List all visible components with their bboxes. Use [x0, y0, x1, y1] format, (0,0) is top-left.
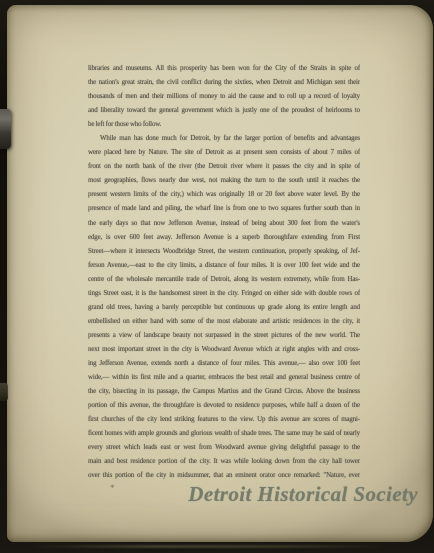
- book-page: libraries and museums. All this prosperi…: [7, 5, 433, 542]
- text-line: present western limits of the city,) whi…: [88, 188, 360, 202]
- text-line: edge, is over 600 feet away. Jefferson A…: [88, 231, 360, 245]
- text-line: the early days so that now Jefferson Ave…: [88, 217, 360, 231]
- text-line: tings Street east, it is the handsomest …: [88, 287, 360, 301]
- text-line: every street which leads east or west fr…: [88, 441, 360, 455]
- text-line: presents a view of landscape beauty not …: [88, 329, 360, 343]
- text-line: main and best residence portion of the c…: [88, 455, 360, 469]
- text-line: embellished on either hand with some of …: [88, 315, 360, 329]
- binding-clip: [0, 109, 11, 149]
- text-line: ing Jefferson Avenue, extends north a di…: [88, 357, 360, 371]
- text-line: next most important street in the city i…: [88, 343, 360, 357]
- binding-clip-small: [0, 383, 8, 401]
- book-edge-highlight: [30, 545, 390, 548]
- text-line: libraries and museums. All this prosperi…: [88, 62, 360, 76]
- text-line: most geographies, flows nearly due west,…: [88, 174, 360, 188]
- text-line: and liberality toward the general govern…: [88, 104, 360, 118]
- pencil-mark: *: [110, 483, 115, 493]
- text-line: presence of made land and piling, the wh…: [88, 202, 360, 216]
- text-line: wide,— within its first mile and a quart…: [88, 371, 360, 385]
- text-line: the city, bisecting in its passage, the …: [88, 385, 360, 399]
- text-line: ficent homes with ample grounds and glor…: [88, 427, 360, 441]
- text-line: Street—where it intersects Woodbridge St…: [88, 245, 360, 259]
- text-line: portion of this avenue, the throughfare …: [88, 399, 360, 413]
- page-text: libraries and museums. All this prosperi…: [88, 62, 360, 483]
- text-line: grand old trees, having a barely percept…: [88, 301, 360, 315]
- photo-background: libraries and museums. All this prosperi…: [0, 0, 434, 553]
- text-line: ferson Avenue,—east to the city limits, …: [88, 259, 360, 273]
- text-line: While man has done much for Detroit, by …: [88, 132, 360, 146]
- text-line: were placed here by Nature. The site of …: [88, 146, 360, 160]
- watermark: Detroit Historical Society: [188, 482, 418, 507]
- text-line: thousands of men and their millions of m…: [88, 90, 360, 104]
- text-line: first churches of the city lend striking…: [88, 413, 360, 427]
- text-line: centre of the wholesale mercantile trade…: [88, 273, 360, 287]
- text-line: front on the north bank of the river (th…: [88, 160, 360, 174]
- text-line: be left for those who follow.: [88, 118, 360, 132]
- text-line: the nation's great strain, the civil con…: [88, 76, 360, 90]
